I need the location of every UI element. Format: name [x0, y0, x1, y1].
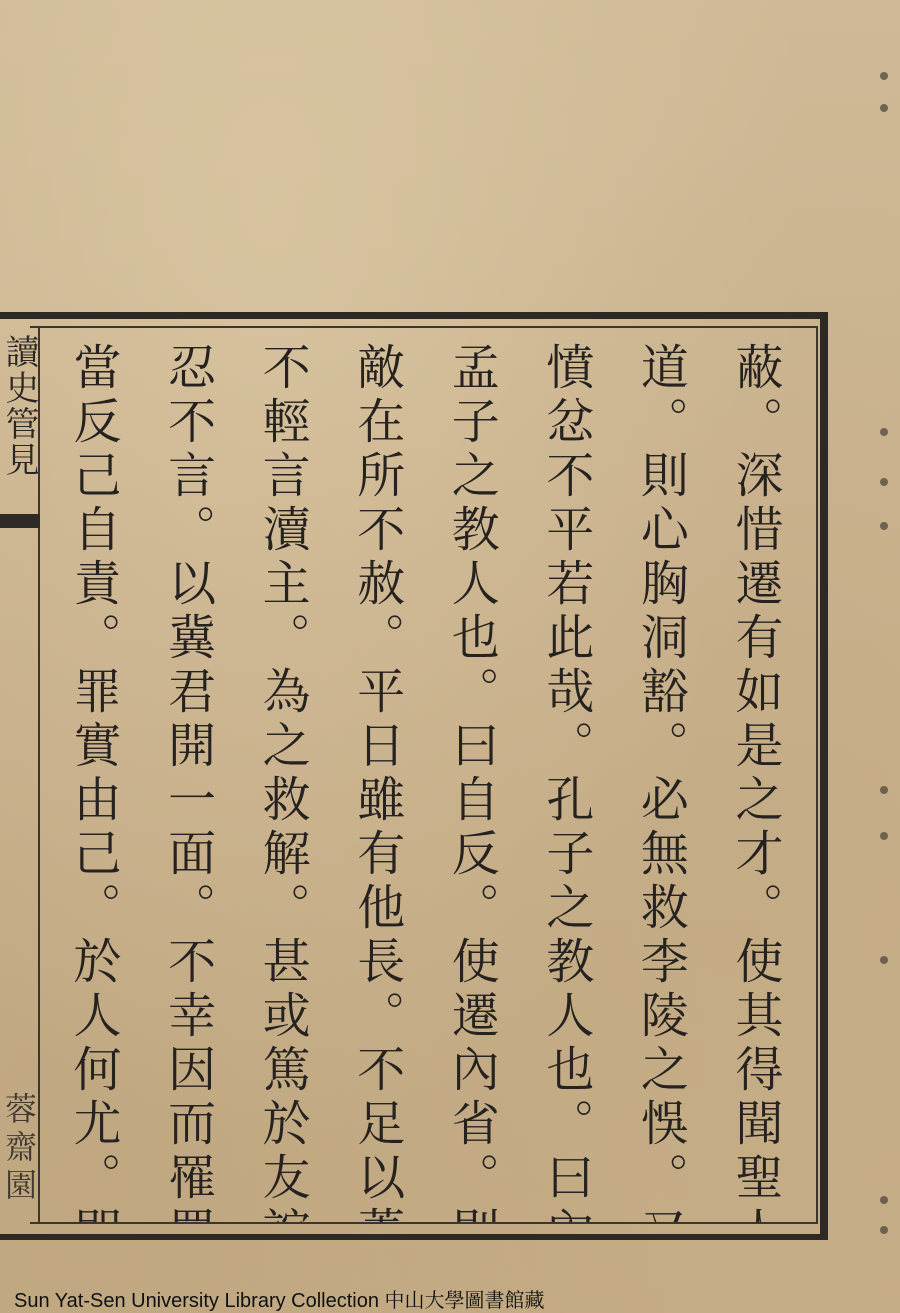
binding-hole: [880, 72, 888, 80]
binding-hole: [880, 832, 888, 840]
text-column-4: 孟子之教人也。曰自反。使遷內省。則知降: [426, 330, 516, 1222]
text-columns: 蔽。深惜遷有如是之才。使其得聞聖人大 道。則心胸洞豁。必無救李陵之悞。又何致 憤…: [42, 330, 810, 1222]
text-column-5: 敵在所不赦。平日雖有他長。不足以蓋。必: [332, 330, 422, 1222]
binding-hole: [880, 478, 888, 486]
collection-caption: Sun Yat-Sen University Library Collectio…: [14, 1284, 545, 1313]
margin-book-title: 讀史管見: [2, 334, 36, 478]
binding-hole: [880, 956, 888, 964]
binding-hole: [880, 104, 888, 112]
binding-hole: [880, 522, 888, 530]
text-column-8: 當反己自責。罪實由己。於人何尤。即終老: [48, 330, 138, 1222]
binding-hole: [880, 428, 888, 436]
binding-hole: [880, 786, 888, 794]
scanned-page: 讀史管見 蓉齋園 蔽。深惜遷有如是之才。使其得聞聖人大 道。則心胸洞豁。必無救李…: [0, 0, 900, 1313]
text-column-6: 不輕言瀆主。為之救解。甚或篤於友誼。不: [237, 330, 327, 1222]
text-column-3: 憤忿不平若此哉。孔子之教人也。曰內省。: [521, 330, 611, 1222]
text-column-2: 道。則心胸洞豁。必無救李陵之悞。又何致: [615, 330, 705, 1222]
margin-imprint: 蓉齋園: [2, 1092, 36, 1206]
binding-hole: [880, 1196, 888, 1204]
fishtail-mark: [0, 514, 40, 528]
binding-hole: [880, 1226, 888, 1234]
binding-holes: [872, 0, 892, 1313]
text-column-1: 蔽。深惜遷有如是之才。使其得聞聖人大: [710, 330, 800, 1222]
text-column-7: 忍不言。以冀君開一面。不幸因而罹罪。亦: [143, 330, 233, 1222]
